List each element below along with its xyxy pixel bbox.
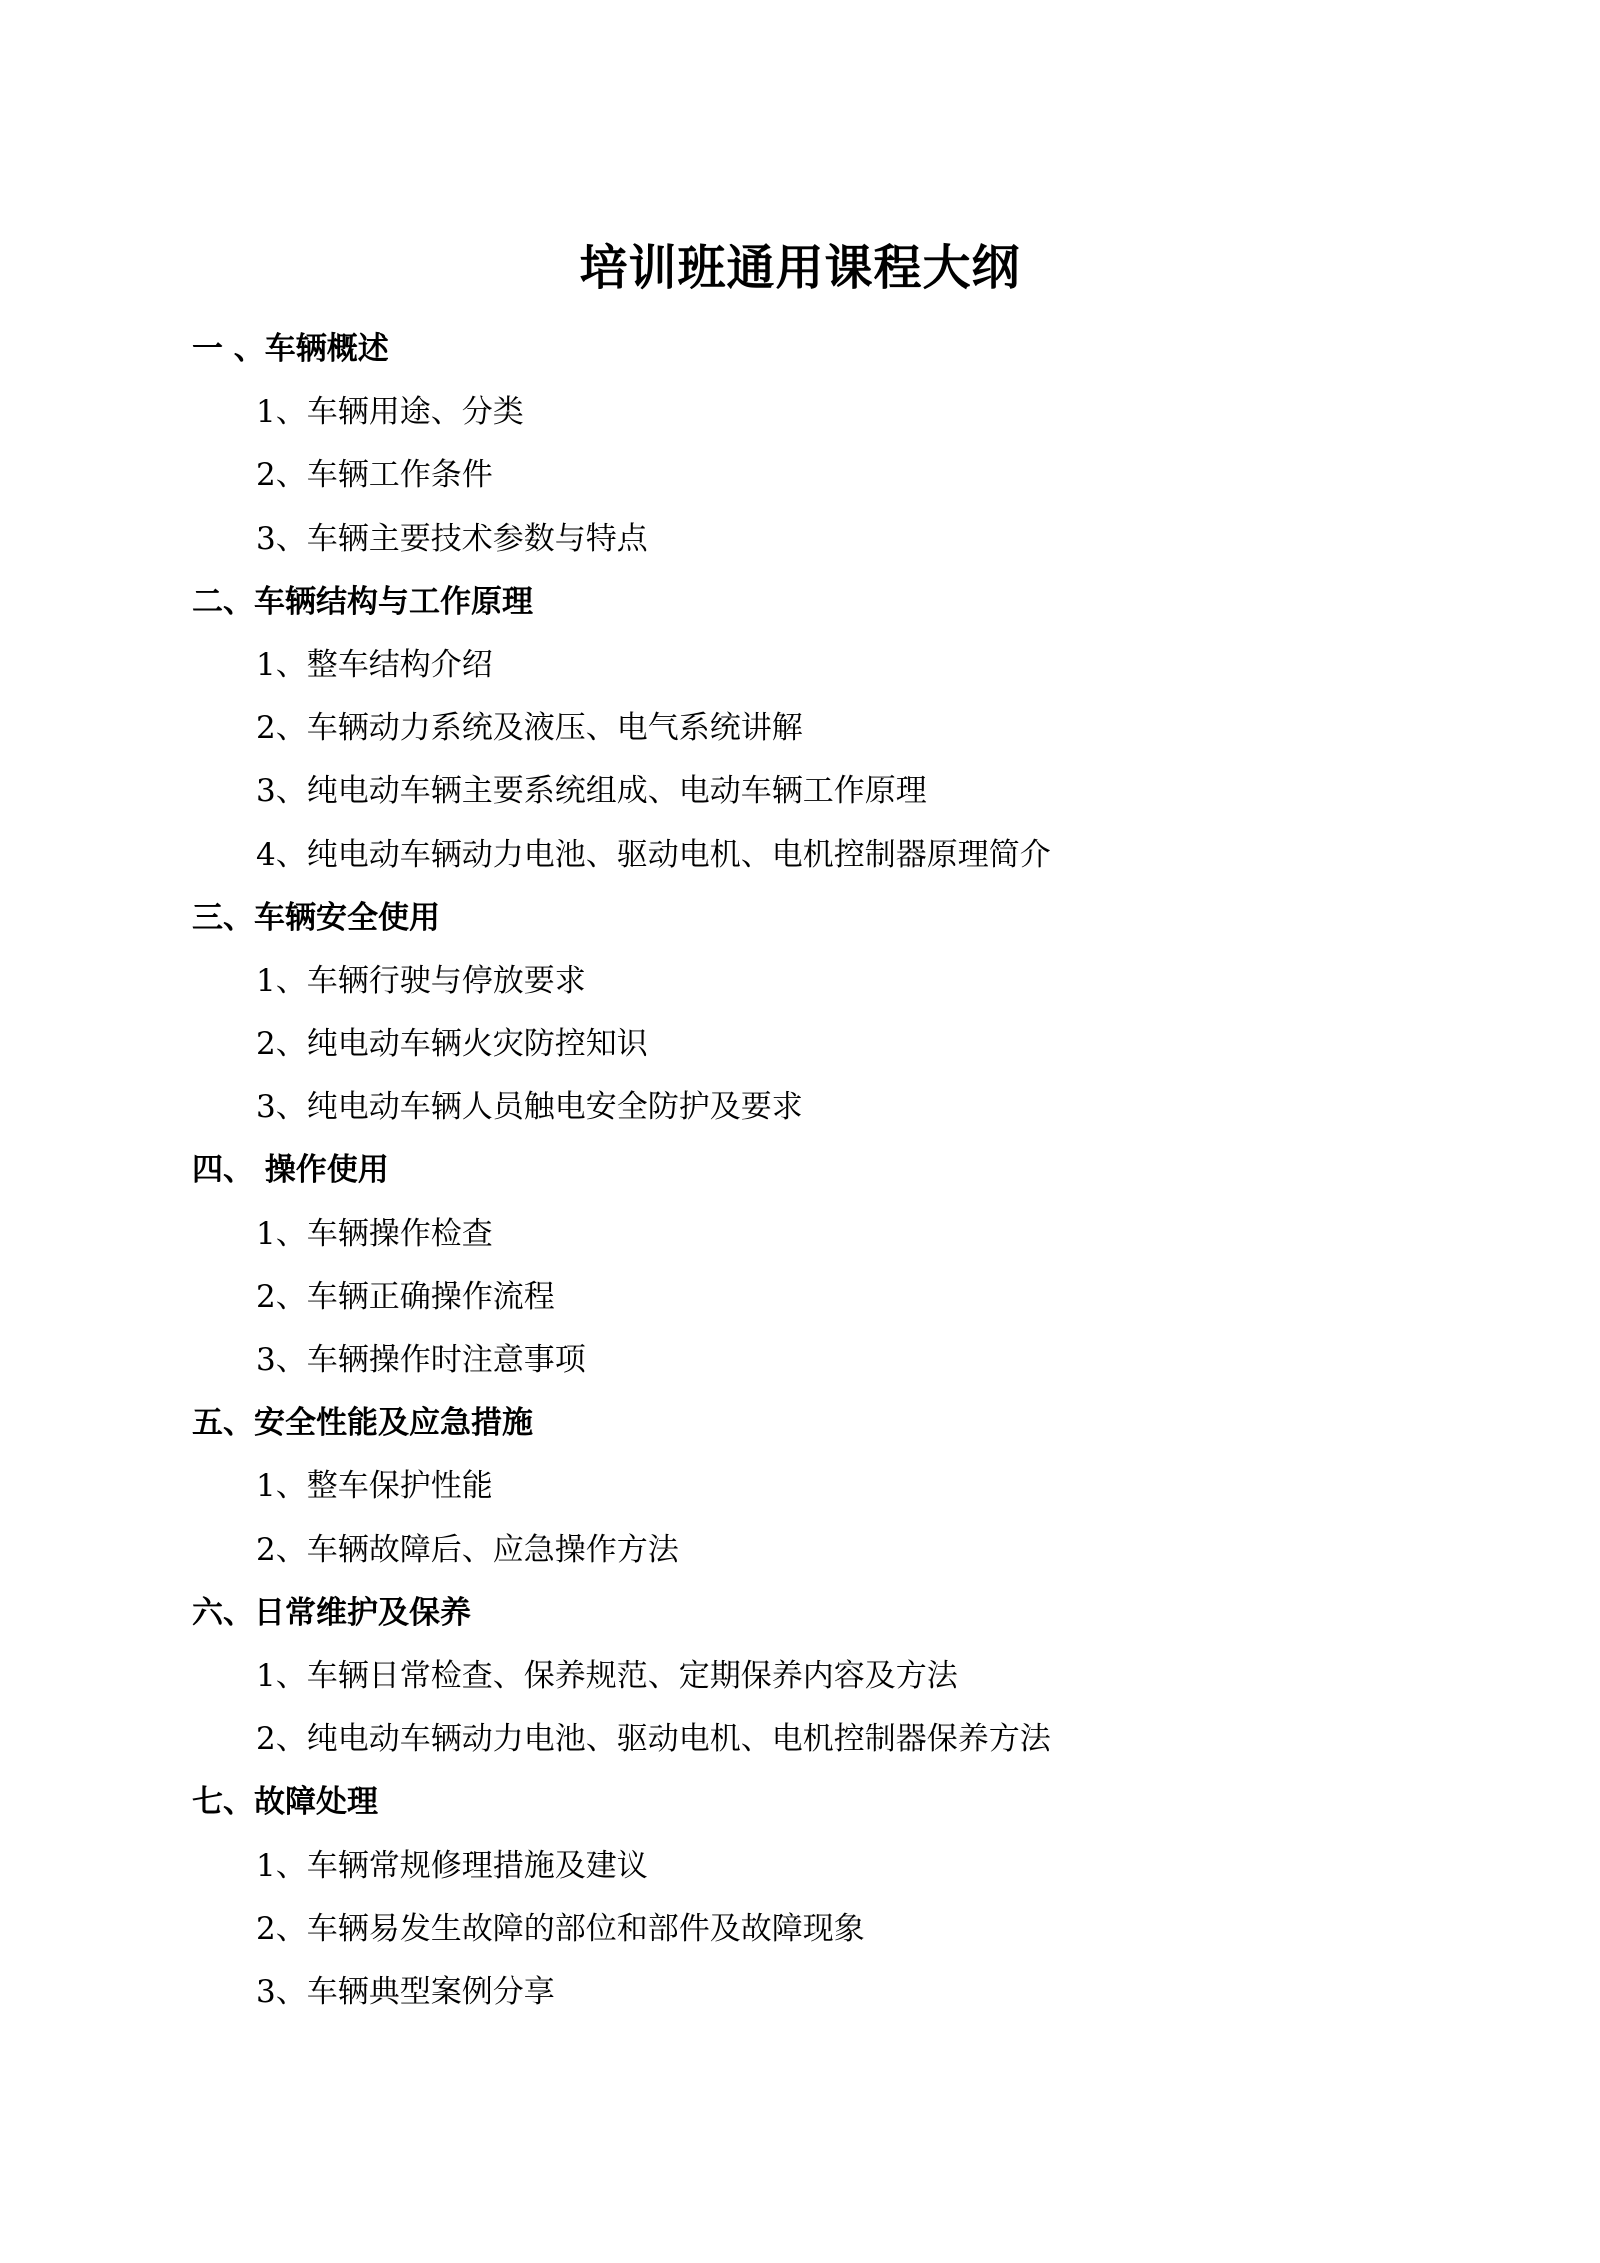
outline-item: 3、纯电动车辆主要系统组成、电动车辆工作原理 — [0, 760, 1600, 823]
outline-item: 1、整车结构介绍 — [0, 634, 1600, 697]
document-page: 培训班通用课程大纲 一 、车辆概述 1、车辆用途、分类 2、车辆工作条件 3、车… — [0, 0, 1600, 2263]
outline-item: 2、纯电动车辆火灾防控知识 — [0, 1013, 1600, 1076]
outline-item: 1、整车保护性能 — [0, 1455, 1600, 1518]
section-heading: 六、日常维护及保养 — [0, 1582, 1600, 1645]
outline-item: 1、车辆用途、分类 — [0, 381, 1600, 444]
section-heading: 四、 操作使用 — [0, 1139, 1600, 1202]
outline-item: 1、车辆常规修理措施及建议 — [0, 1835, 1600, 1898]
outline-item: 3、车辆典型案例分享 — [0, 1961, 1600, 2024]
outline-item: 2、车辆动力系统及液压、电气系统讲解 — [0, 697, 1600, 760]
outline-item: 2、车辆故障后、应急操作方法 — [0, 1519, 1600, 1582]
section-heading: 二、车辆结构与工作原理 — [0, 571, 1600, 634]
course-outline: 一 、车辆概述 1、车辆用途、分类 2、车辆工作条件 3、车辆主要技术参数与特点… — [0, 318, 1600, 2024]
outline-item: 2、车辆正确操作流程 — [0, 1266, 1600, 1329]
section-heading: 三、车辆安全使用 — [0, 887, 1600, 950]
outline-item: 3、车辆主要技术参数与特点 — [0, 508, 1600, 571]
document-title: 培训班通用课程大纲 — [0, 238, 1600, 298]
outline-item: 3、车辆操作时注意事项 — [0, 1329, 1600, 1392]
outline-item: 2、车辆易发生故障的部位和部件及故障现象 — [0, 1898, 1600, 1961]
outline-item: 2、车辆工作条件 — [0, 444, 1600, 507]
section-heading: 一 、车辆概述 — [0, 318, 1600, 381]
outline-item: 4、纯电动车辆动力电池、驱动电机、电机控制器原理简介 — [0, 824, 1600, 887]
outline-item: 2、纯电动车辆动力电池、驱动电机、电机控制器保养方法 — [0, 1708, 1600, 1771]
outline-item: 1、车辆行驶与停放要求 — [0, 950, 1600, 1013]
section-heading: 七、故障处理 — [0, 1771, 1600, 1834]
outline-item: 1、车辆操作检查 — [0, 1203, 1600, 1266]
outline-item: 1、车辆日常检查、保养规范、定期保养内容及方法 — [0, 1645, 1600, 1708]
section-heading: 五、安全性能及应急措施 — [0, 1392, 1600, 1455]
outline-item: 3、纯电动车辆人员触电安全防护及要求 — [0, 1076, 1600, 1139]
